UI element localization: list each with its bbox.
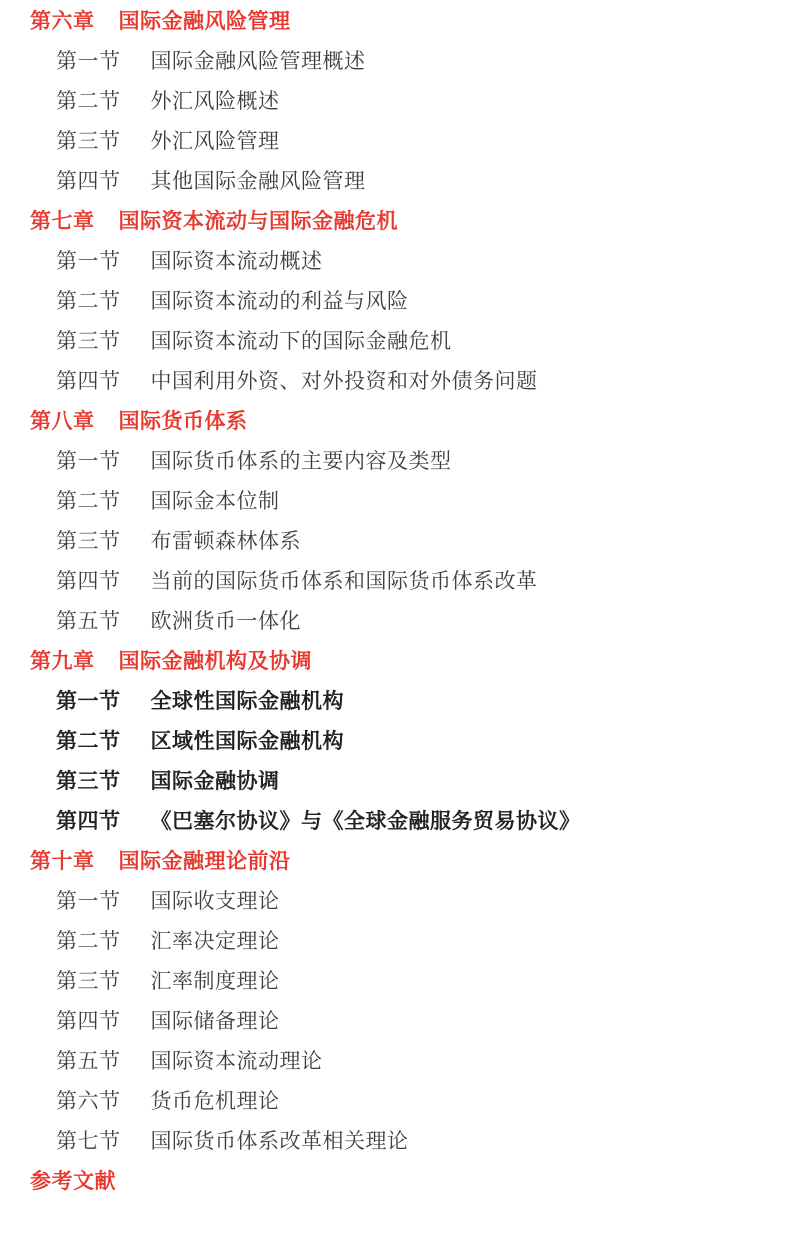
section-number-label: 第二节 [56, 285, 121, 315]
section-title: 布雷顿森林体系 [151, 525, 302, 555]
chapter-heading-row[interactable]: 第七章国际资本流动与国际金融危机 [0, 200, 790, 240]
chapter-heading-row[interactable]: 第六章国际金融风险管理 [0, 0, 790, 40]
section-row[interactable]: 第三节国际金融协调 [0, 760, 790, 800]
section-row[interactable]: 第四节当前的国际货币体系和国际货币体系改革 [0, 560, 790, 600]
chapter-title: 国际金融风险管理 [119, 5, 291, 35]
section-number-label: 第二节 [56, 485, 121, 515]
section-row[interactable]: 第二节区域性国际金融机构 [0, 720, 790, 760]
section-number-label: 第三节 [56, 765, 121, 795]
section-number-label: 第七节 [56, 1125, 121, 1155]
chapter-heading-row[interactable]: 第九章国际金融机构及协调 [0, 640, 790, 680]
section-number-label: 第四节 [56, 1005, 121, 1035]
section-title: 国际储备理论 [151, 1005, 280, 1035]
section-title: 《巴塞尔协议》与《全球金融服务贸易协议》 [151, 805, 581, 835]
section-row[interactable]: 第七节国际货币体系改革相关理论 [0, 1120, 790, 1160]
chapter-title: 国际资本流动与国际金融危机 [119, 205, 399, 235]
chapter-title: 国际金融理论前沿 [119, 845, 291, 875]
section-row[interactable]: 第四节《巴塞尔协议》与《全球金融服务贸易协议》 [0, 800, 790, 840]
section-row[interactable]: 第三节国际资本流动下的国际金融危机 [0, 320, 790, 360]
section-row[interactable]: 第三节汇率制度理论 [0, 960, 790, 1000]
section-number-label: 第三节 [56, 125, 121, 155]
section-title: 其他国际金融风险管理 [151, 165, 366, 195]
section-row[interactable]: 第二节国际资本流动的利益与风险 [0, 280, 790, 320]
section-number-label: 第二节 [56, 725, 121, 755]
section-row[interactable]: 第一节全球性国际金融机构 [0, 680, 790, 720]
chapter-number-label: 第七章 [30, 205, 95, 235]
references-heading-row[interactable]: 参考文献 [0, 1160, 790, 1200]
section-row[interactable]: 第一节国际资本流动概述 [0, 240, 790, 280]
section-title: 全球性国际金融机构 [151, 685, 345, 715]
chapter-title: 国际货币体系 [119, 405, 248, 435]
chapter-number-label: 第六章 [30, 5, 95, 35]
section-title: 国际资本流动理论 [151, 1045, 323, 1075]
section-title: 国际资本流动下的国际金融危机 [151, 325, 452, 355]
section-row[interactable]: 第四节其他国际金融风险管理 [0, 160, 790, 200]
section-number-label: 第二节 [56, 925, 121, 955]
table-of-contents: 第六章国际金融风险管理第一节国际金融风险管理概述第二节外汇风险概述第三节外汇风险… [0, 0, 790, 1251]
section-number-label: 第一节 [56, 245, 121, 275]
section-number-label: 第四节 [56, 565, 121, 595]
section-number-label: 第六节 [56, 1085, 121, 1115]
section-title: 外汇风险管理 [151, 125, 280, 155]
section-number-label: 第一节 [56, 45, 121, 75]
section-title: 区域性国际金融机构 [151, 725, 345, 755]
chapter-heading-row[interactable]: 第八章国际货币体系 [0, 400, 790, 440]
section-title: 国际货币体系的主要内容及类型 [151, 445, 452, 475]
section-row[interactable]: 第六节货币危机理论 [0, 1080, 790, 1120]
section-title: 国际收支理论 [151, 885, 280, 915]
section-row[interactable]: 第三节外汇风险管理 [0, 120, 790, 160]
section-row[interactable]: 第二节外汇风险概述 [0, 80, 790, 120]
section-title: 国际金融协调 [151, 765, 280, 795]
chapter-number-label: 第八章 [30, 405, 95, 435]
section-row[interactable]: 第一节国际金融风险管理概述 [0, 40, 790, 80]
section-title: 中国利用外资、对外投资和对外债务问题 [151, 365, 538, 395]
section-number-label: 第五节 [56, 1045, 121, 1075]
section-title: 国际货币体系改革相关理论 [151, 1125, 409, 1155]
section-title: 国际金本位制 [151, 485, 280, 515]
section-title: 外汇风险概述 [151, 85, 280, 115]
section-number-label: 第三节 [56, 965, 121, 995]
section-row[interactable]: 第五节国际资本流动理论 [0, 1040, 790, 1080]
section-number-label: 第四节 [56, 805, 121, 835]
section-number-label: 第一节 [56, 685, 121, 715]
section-number-label: 第一节 [56, 885, 121, 915]
section-number-label: 第四节 [56, 365, 121, 395]
section-number-label: 第三节 [56, 325, 121, 355]
section-number-label: 第一节 [56, 445, 121, 475]
section-row[interactable]: 第一节国际货币体系的主要内容及类型 [0, 440, 790, 480]
chapter-number-label: 参考文献 [30, 1165, 116, 1195]
section-title: 国际资本流动的利益与风险 [151, 285, 409, 315]
section-row[interactable]: 第一节国际收支理论 [0, 880, 790, 920]
chapter-heading-row[interactable]: 第十章国际金融理论前沿 [0, 840, 790, 880]
section-title: 当前的国际货币体系和国际货币体系改革 [151, 565, 538, 595]
section-row[interactable]: 第二节国际金本位制 [0, 480, 790, 520]
section-title: 汇率制度理论 [151, 965, 280, 995]
section-number-label: 第二节 [56, 85, 121, 115]
section-title: 货币危机理论 [151, 1085, 280, 1115]
section-title: 欧洲货币一体化 [151, 605, 302, 635]
section-number-label: 第四节 [56, 165, 121, 195]
section-row[interactable]: 第三节布雷顿森林体系 [0, 520, 790, 560]
section-title: 国际金融风险管理概述 [151, 45, 366, 75]
section-title: 国际资本流动概述 [151, 245, 323, 275]
section-number-label: 第五节 [56, 605, 121, 635]
section-row[interactable]: 第二节汇率决定理论 [0, 920, 790, 960]
section-title: 汇率决定理论 [151, 925, 280, 955]
section-row[interactable]: 第五节欧洲货币一体化 [0, 600, 790, 640]
chapter-title: 国际金融机构及协调 [119, 645, 313, 675]
section-row[interactable]: 第四节中国利用外资、对外投资和对外债务问题 [0, 360, 790, 400]
section-number-label: 第三节 [56, 525, 121, 555]
chapter-number-label: 第九章 [30, 645, 95, 675]
chapter-number-label: 第十章 [30, 845, 95, 875]
section-row[interactable]: 第四节国际储备理论 [0, 1000, 790, 1040]
